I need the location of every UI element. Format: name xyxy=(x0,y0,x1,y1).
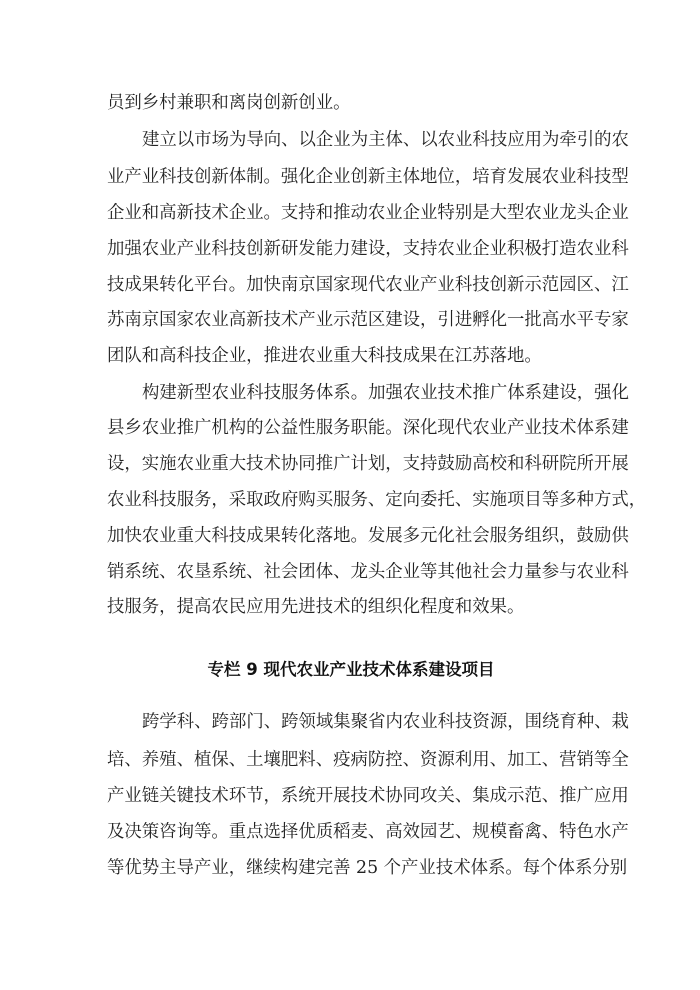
text-line: 加强农业产业科技创新研发能力建设，支持农业企业积极打造农业科 xyxy=(107,237,595,261)
text-line: 员到乡村兼职和离岗创新创业。 xyxy=(107,91,595,115)
text-line: 培、养殖、植保、土壤肥料、疫病防控、资源利用、加工、营销等全 xyxy=(107,748,595,772)
text-line: 业产业科技创新体制。强化企业创新主体地位，培育发展农业科技型 xyxy=(107,165,595,189)
text-line: 县乡农业推广机构的公益性服务职能。深化现代农业产业技术体系建 xyxy=(107,416,595,440)
text-line: 设，实施农业重大技术协同推广计划，支持鼓励高校和科研院所开展 xyxy=(107,452,595,476)
text-line: 技成果转化平台。加快南京国家现代农业产业科技创新示范园区、江 xyxy=(107,273,595,297)
text-line: 建立以市场为导向、以企业为主体、以农业科技应用为牵引的农 xyxy=(107,128,595,152)
text-line: 构建新型农业科技服务体系。加强农业技术推广体系建设，强化 xyxy=(107,381,595,405)
text-line: 苏南京国家农业高新技术产业示范区建设，引进孵化一批高水平专家 xyxy=(107,308,595,332)
text-line: 等优势主导产业，继续构建完善 25 个产业技术体系。每个体系分别 xyxy=(107,856,595,880)
text-line: 团队和高科技企业，推进农业重大科技成果在江苏落地。 xyxy=(107,344,595,368)
box-title: 专栏 9 现代农业产业技术体系建设项目 xyxy=(107,658,595,682)
text-line: 销系统、农垦系统、社会团体、龙头企业等其他社会力量参与农业科 xyxy=(107,560,595,584)
text-line: 加快农业重大科技成果转化落地。发展多元化社会服务组织，鼓励供 xyxy=(107,524,595,548)
text-line: 企业和高新技术企业。支持和推动农业企业特别是大型农业龙头企业 xyxy=(107,201,595,225)
text-line: 产业链关键技术环节，系统开展技术协同攻关、集成示范、推广应用 xyxy=(107,784,595,808)
text-line: 跨学科、跨部门、跨领域集聚省内农业科技资源，围绕育种、栽 xyxy=(107,710,595,734)
text-line: 技服务，提高农民应用先进技术的组织化程度和效果。 xyxy=(107,595,595,619)
text-line: 农业科技服务，采取政府购买服务、定向委托、实施项目等多种方式， xyxy=(107,488,595,512)
text-line: 及决策咨询等。重点选择优质稻麦、高效园艺、规模畜禽、特色水产 xyxy=(107,820,595,844)
